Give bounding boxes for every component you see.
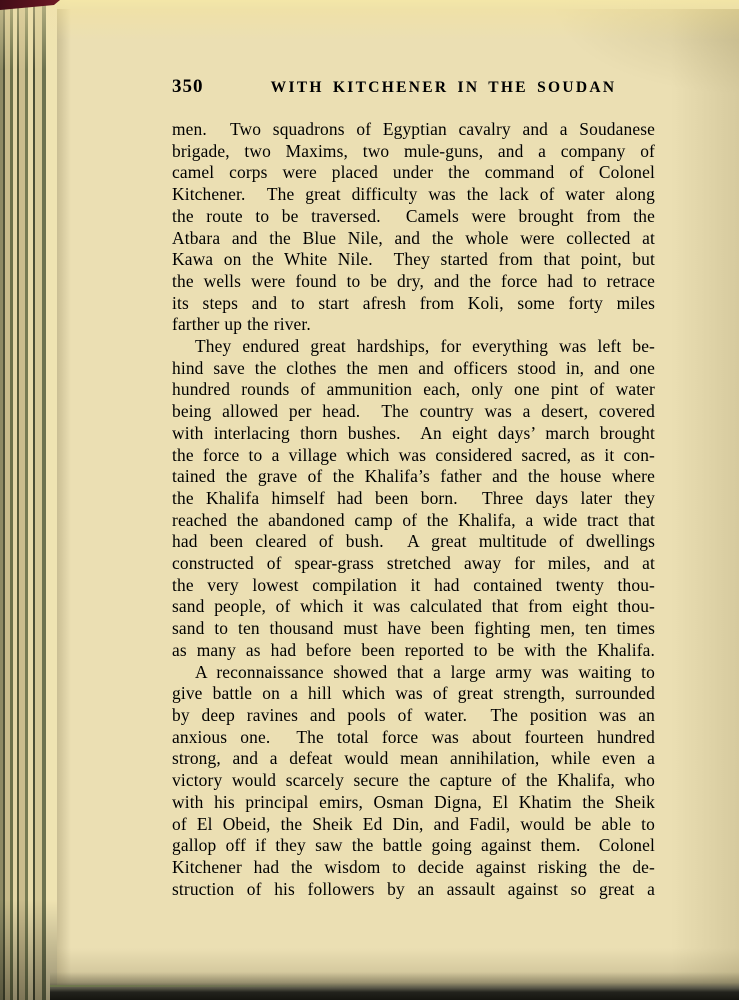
text-line: Kitchener. The great difficulty was the … (172, 184, 655, 206)
text-line: sand people, of which it was calculated … (172, 596, 655, 618)
text-line: strong, and a defeat would mean annihila… (172, 748, 655, 770)
text-line: with his principal emirs, Osman Digna, E… (172, 792, 655, 814)
text-line: with interlacing thorn bushes. An eight … (172, 423, 655, 445)
text-line: the very lowest compilation it had conta… (172, 575, 655, 597)
text-line: as many as had before been reported to b… (172, 640, 655, 662)
text-line: sand to ten thousand must have been figh… (172, 618, 655, 640)
text-line: A reconnaissance showed that a large arm… (172, 662, 655, 684)
page-body: men. Two squadrons of Egyptian cavalry a… (172, 119, 655, 900)
paragraph: A reconnaissance showed that a large arm… (172, 662, 655, 901)
page-edges (0, 0, 57, 1000)
text-line: Kawa on the White Nile. They started fro… (172, 249, 655, 271)
text-line: reached the abandoned camp of the Khalif… (172, 510, 655, 532)
book-photo: 350 WITH KITCHENER IN THE SOUDAN men. Tw… (0, 0, 739, 1000)
page-header: 350 WITH KITCHENER IN THE SOUDAN (172, 76, 655, 102)
text-line: struction of his followers by an assault… (172, 879, 655, 901)
text-line: its steps and to start afresh from Koli,… (172, 293, 655, 315)
text-line: camel corps were placed under the comman… (172, 162, 655, 184)
text-line: men. Two squadrons of Egyptian cavalry a… (172, 119, 655, 141)
text-line: brigade, two Maxims, two mule-guns, and … (172, 141, 655, 163)
text-line: the force to a village which was conside… (172, 445, 655, 467)
text-line: hundred rounds of ammunition each, only … (172, 379, 655, 401)
text-line: give battle on a hill which was of great… (172, 683, 655, 705)
text-line: gallop off if they saw the battle going … (172, 835, 655, 857)
paragraph: men. Two squadrons of Egyptian cavalry a… (172, 119, 655, 336)
text-line: Kitchener had the wisdom to decide again… (172, 857, 655, 879)
text-line: by deep ravines and pools of water. The … (172, 705, 655, 727)
book-bottom-edge (50, 972, 739, 1000)
text-line: They endured great hardships, for everyt… (172, 336, 655, 358)
text-line: the route to be traversed. Camels were b… (172, 206, 655, 228)
text-line: had been cleared of bush. A great multit… (172, 531, 655, 553)
text-line: tained the grave of the Khalifa’s father… (172, 466, 655, 488)
text-line: constructed of spear-grass stretched awa… (172, 553, 655, 575)
text-line: the wells were found to be dry, and the … (172, 271, 655, 293)
text-line: being allowed per head. The country was … (172, 401, 655, 423)
text-line: farther up the river. (172, 314, 655, 336)
text-line: of El Obeid, the Sheik Ed Din, and Fadil… (172, 814, 655, 836)
text-line: Atbara and the Blue Nile, and the whole … (172, 228, 655, 250)
text-line: anxious one. The total force was about f… (172, 727, 655, 749)
running-title: WITH KITCHENER IN THE SOUDAN (232, 79, 655, 97)
text-line: victory would scarcely secure the captur… (172, 770, 655, 792)
text-line: the Khalifa himself had been born. Three… (172, 488, 655, 510)
page-top-edge (57, 0, 739, 9)
paragraph: They endured great hardships, for everyt… (172, 336, 655, 662)
text-line: hind save the clothes the men and office… (172, 358, 655, 380)
page-number: 350 (172, 76, 204, 98)
book-page: 350 WITH KITCHENER IN THE SOUDAN men. Tw… (57, 0, 739, 1000)
